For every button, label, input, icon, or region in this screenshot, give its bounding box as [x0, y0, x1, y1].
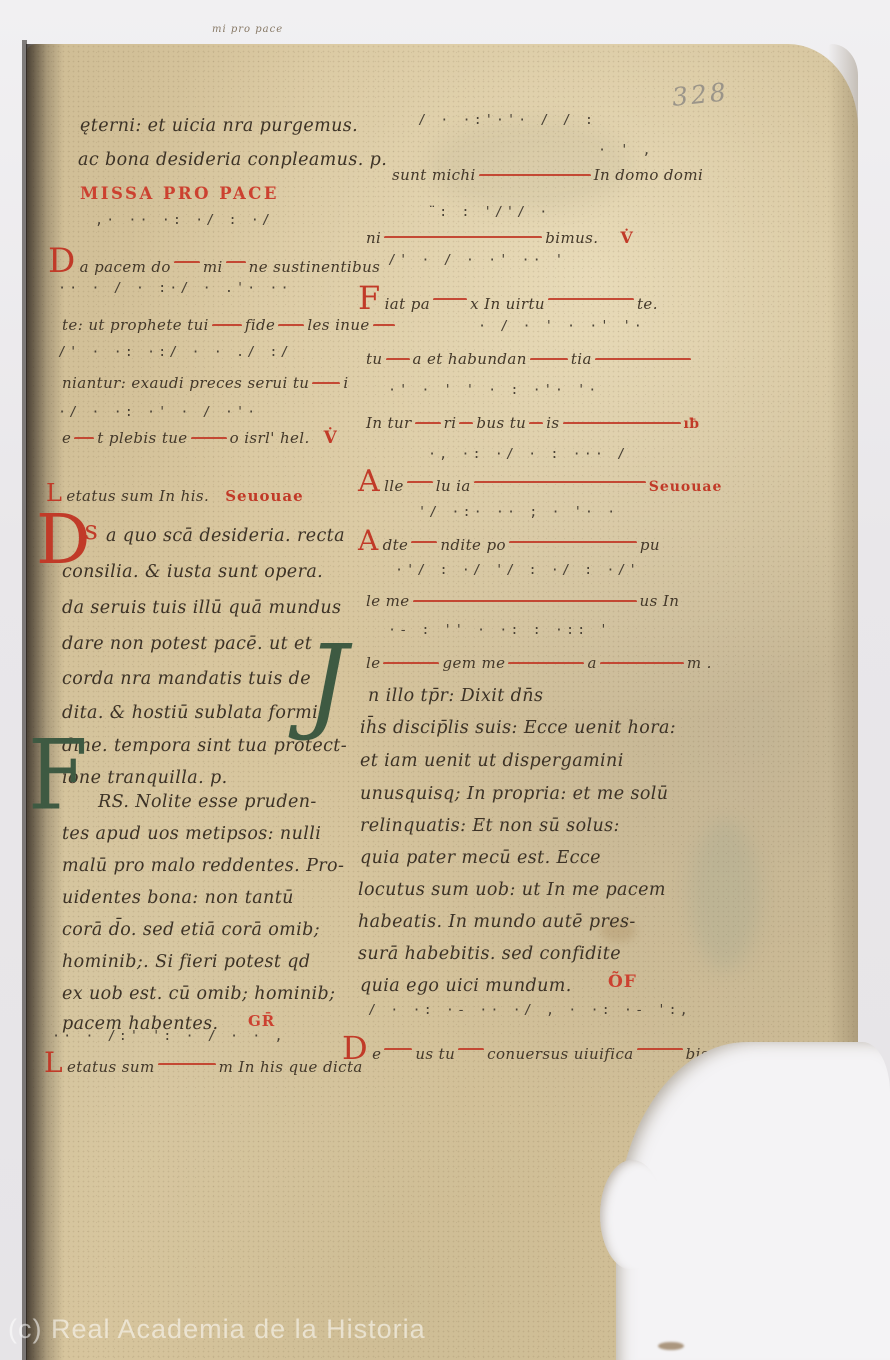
chant-text: sunt michi: [392, 166, 476, 184]
chant-text: lu ia: [436, 477, 471, 495]
chant-text: a: [587, 654, 596, 672]
chant-text: a et habundan: [413, 350, 527, 368]
chant-text: conuersus uiuifica: [487, 1045, 633, 1063]
collect-line: da seruis tuis illū quā mundus: [62, 598, 341, 618]
neume-row: / · ·:'·'· / / :: [418, 112, 596, 128]
neume-row: ·- : '' · ·: : ·:: ': [388, 622, 611, 638]
illuminated-initial-d: D: [48, 248, 76, 275]
tear-edge: [600, 1160, 664, 1270]
alleluia-line: A lle lu ia Seuouae: [358, 470, 722, 495]
chant-text: ne sustinentibus: [249, 258, 381, 276]
versus-mark: V̇: [620, 228, 633, 247]
introit-line-3: niantur: exaudi preces serui tu i: [62, 374, 349, 392]
neume-row: ·' · ' ' · : ·'· '·: [388, 382, 599, 398]
collect-line: a quo scā desideria. recta: [106, 526, 345, 546]
neume-row: ·, ·: ·/ · : ··· /: [428, 446, 628, 462]
folio-number: 328: [671, 77, 730, 112]
rubric-missa-pro-pace: MISSA PRO PACE: [80, 184, 279, 203]
postcommunion-line: ęterni: et uicia nra purgemus.: [80, 116, 358, 136]
chant-text: e: [372, 1045, 381, 1063]
collect-line: corda nra mandatis tuis de: [62, 669, 311, 689]
introit-line-1: D a pacem do mi ne sustinentibus: [48, 248, 380, 276]
neume-row: /' · / · ·' ·· ': [388, 252, 566, 268]
neume-row: ·/ · ·: ·' · / ·'·: [58, 404, 258, 420]
neume-row: '/ ·:· ·· ; · '· ·: [418, 504, 618, 520]
chant-text: les inue: [307, 316, 369, 334]
tear-speck: [658, 1342, 684, 1350]
neume-row: ·· · / · :·/ · .'· ··: [58, 280, 292, 296]
neume-row: /' · ·: ·:/ · · ./ :/: [58, 344, 292, 360]
gospel-line: surā habebitis. sed confidite: [358, 944, 621, 964]
introit-cont-line-1: sunt michi In domo domi: [392, 166, 703, 184]
manuscript-scan: mi pro pace 328 ęterni: et uicia nra pur…: [0, 0, 890, 1360]
stain: [430, 120, 630, 210]
postcommunion-line: ac bona desideria conpleamus. p.: [78, 150, 387, 170]
fiat-pax-line-2: tu a et habundan tia: [366, 350, 694, 368]
neume-row: ¨: : '/'/ ·: [428, 204, 550, 220]
collect-line: dine. tempora sint tua protect-: [62, 736, 347, 756]
chant-text: fide: [245, 316, 275, 334]
fiat-pax-line-1: F iat pa x In uirtu te.: [358, 286, 658, 313]
epistle-line: hominib;. Si fieri potest qd: [62, 952, 311, 972]
epistle-line: uidentes bona: non tantū: [62, 888, 294, 908]
chant-text: ni: [366, 229, 381, 247]
chant-text: In domo domi: [594, 166, 703, 184]
introit-cont-line-2: ni bimus. V̇: [366, 228, 633, 247]
gospel-line: et iam uenit ut dispergamini: [360, 751, 624, 771]
initial-a-red: A: [358, 470, 380, 494]
chant-text: lle: [384, 477, 404, 495]
versus-mark: V̇: [324, 428, 338, 448]
illuminated-initial-ds: Ds: [36, 514, 98, 568]
chant-text: i: [343, 374, 348, 392]
chant-text: niantur: exaudi preces serui tu: [62, 374, 309, 392]
collect-line: consilia. & iusta sunt opera.: [62, 562, 323, 582]
chant-text: us tu: [415, 1045, 455, 1063]
chant-text: te: ut prophete tui: [62, 316, 209, 334]
chant-text: ndite po: [440, 536, 506, 554]
epistle-line: malū pro malo reddentes. Pro-: [62, 856, 344, 876]
neume-row: ‚· ·· ·: ·/ : ·/: [95, 212, 273, 228]
chant-text: te.: [637, 295, 658, 313]
chant-text: gem me: [442, 654, 505, 672]
chant-text: us In: [640, 592, 680, 610]
chant-text: m .: [687, 654, 712, 672]
gospel-line: quia pater mecū est. Ecce: [360, 848, 601, 868]
offertory-incipit-line: D e us tu conuersus uiuifica bis: [342, 1036, 709, 1063]
offertory-mark: ÕF: [608, 972, 637, 992]
initial-d-red: D: [342, 1036, 368, 1062]
initial-a-red: A: [358, 530, 379, 552]
collect-line: dita. & hostiū sublata formi-: [62, 703, 324, 723]
initial-s-small: s: [85, 516, 98, 546]
custos-mark: ıƀ: [684, 416, 700, 432]
seuouae-mark: Seuouae: [649, 479, 723, 495]
gospel-line: n illo tp̄r: Dixit dn̄s: [368, 686, 543, 706]
chant-text: In tur: [366, 414, 412, 432]
neume-row: ·· · /:' ': · / · · ,: [52, 1028, 286, 1044]
collect-line: dare non potest pacē. ut et: [62, 634, 312, 654]
gradual-incipit-line: L etatus sum m In his que dicta: [44, 1052, 363, 1076]
chant-text: is: [546, 414, 559, 432]
epistle-line: ex uob est. cū omib; hominib;: [62, 984, 335, 1004]
chant-text: tia: [571, 350, 592, 368]
gospel-line: ih̄s discip̄lis suis: Ecce uenit hora:: [360, 718, 676, 738]
verse-line-1: A dte ndite po pu: [358, 530, 660, 554]
gospel-line: relinquatis: Et non sū solus:: [360, 816, 620, 836]
seuouae-mark: Seuouae: [225, 487, 303, 505]
initial-f-red: F: [358, 286, 381, 312]
epistle-line: RS. Nolite esse pruden-: [98, 792, 317, 812]
chant-text: ri: [444, 414, 457, 432]
neume-row: / · ·: ·- ·· ·/ , · ·: ·- ':,: [368, 1002, 691, 1018]
chant-text: bimus.: [545, 229, 598, 247]
chant-text: le me: [366, 592, 410, 610]
chant-text: etatus sum: [67, 1058, 155, 1076]
introit-line-4: e t plebis tue o isrl' hel. V̇: [62, 428, 337, 448]
chant-text: a pacem do: [80, 258, 171, 276]
gospel-line: locutus sum uob: ut In me pacem: [358, 880, 666, 900]
neume-row: ·'/ : ·/ '/ : ·/ : ·/': [395, 562, 640, 578]
chant-text: mi: [203, 258, 223, 276]
chant-text: iat pa: [385, 295, 430, 313]
chant-text: e: [62, 429, 71, 447]
gospel-line: quia ego uici mundum.: [360, 976, 572, 996]
stain: [690, 820, 760, 970]
verse-line-2: le me us In: [366, 592, 679, 610]
chant-text: t plebis tue: [97, 429, 187, 447]
copyright-watermark: (c) Real Academia de la Historia: [8, 1314, 426, 1345]
introit-line-2: te: ut prophete tui fide les inue: [62, 316, 398, 334]
illuminated-initial-i-green: J: [306, 642, 348, 725]
chant-text: bus tu: [476, 414, 526, 432]
gospel-line: habeatis. In mundo autē pres-: [358, 912, 636, 932]
chant-text: o isrl' hel.: [230, 429, 310, 447]
chant-text: tu: [366, 350, 383, 368]
chant-text: pu: [640, 536, 660, 554]
illuminated-initial-f-green: F: [28, 738, 88, 815]
neume-row: · / · ' · ·' '·: [478, 318, 645, 334]
verse-line-3: le gem me a m .: [366, 654, 712, 672]
epistle-line: tes apud uos metipsos: nulli: [62, 824, 321, 844]
neume-row: · ' ,: [598, 142, 654, 158]
gospel-line: unusquisq; In propria: et me solū: [360, 784, 668, 804]
chant-text: le: [366, 654, 380, 672]
top-edge-annotation: mi pro pace: [212, 24, 283, 35]
epistle-line: corā d̄o. sed etiā corā omib;: [62, 920, 320, 940]
initial-l: L: [44, 1052, 63, 1074]
chant-text: x In uirtu: [470, 295, 545, 313]
chant-text: dte: [383, 536, 409, 554]
binding-edge: [22, 40, 27, 1360]
fiat-pax-line-3: In tur ri bus tu is ıƀ: [366, 414, 699, 432]
